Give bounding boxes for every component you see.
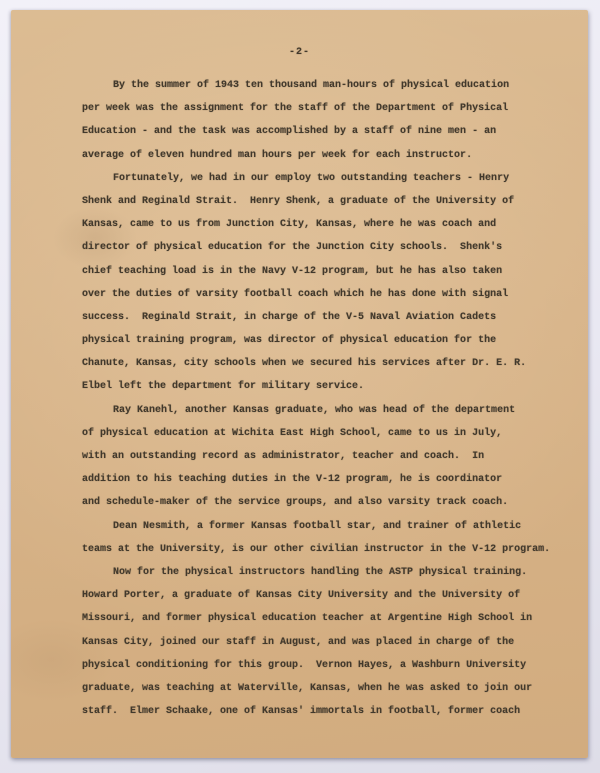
text-line: of physical education at Wichita East Hi… xyxy=(82,422,562,445)
document-body: By the summer of 1943 ten thousand man-h… xyxy=(82,74,562,723)
text-line: per week was the assignment for the staf… xyxy=(82,97,562,120)
text-line: with an outstanding record as administra… xyxy=(82,445,562,468)
text-line: Dean Nesmith, a former Kansas football s… xyxy=(82,515,562,538)
text-line: addition to his teaching duties in the V… xyxy=(82,468,562,491)
text-line: over the duties of varsity football coac… xyxy=(82,283,562,306)
text-line: success. Reginald Strait, in charge of t… xyxy=(82,306,562,329)
text-line: and schedule-maker of the service groups… xyxy=(82,491,562,514)
document-page: -2- By the summer of 1943 ten thousand m… xyxy=(11,10,588,758)
text-line: graduate, was teaching at Waterville, Ka… xyxy=(82,677,562,700)
text-line: teams at the University, is our other ci… xyxy=(82,538,562,561)
text-line: physical conditioning for this group. Ve… xyxy=(82,654,562,677)
scanner-background: -2- By the summer of 1943 ten thousand m… xyxy=(0,0,600,773)
text-line: Now for the physical instructors handlin… xyxy=(82,561,562,584)
text-line: Fortunately, we had in our employ two ou… xyxy=(82,167,562,190)
text-line: Shenk and Reginald Strait. Henry Shenk, … xyxy=(82,190,562,213)
text-line: staff. Elmer Schaake, one of Kansas' imm… xyxy=(82,700,562,723)
text-line: director of physical education for the J… xyxy=(82,236,562,259)
text-line: By the summer of 1943 ten thousand man-h… xyxy=(82,74,562,97)
text-line: Ray Kanehl, another Kansas graduate, who… xyxy=(82,399,562,422)
text-line: Missouri, and former physical education … xyxy=(82,607,562,630)
text-line: Howard Porter, a graduate of Kansas City… xyxy=(82,584,562,607)
text-line: Kansas City, joined our staff in August,… xyxy=(82,631,562,654)
text-line: Chanute, Kansas, city schools when we se… xyxy=(82,352,562,375)
text-line: Kansas, came to us from Junction City, K… xyxy=(82,213,562,236)
text-line: Education - and the task was accomplishe… xyxy=(82,120,562,143)
text-line: chief teaching load is in the Navy V-12 … xyxy=(82,260,562,283)
page-number: -2- xyxy=(11,47,588,58)
text-line: physical training program, was director … xyxy=(82,329,562,352)
text-line: Elbel left the department for military s… xyxy=(82,375,562,398)
text-line: average of eleven hundred man hours per … xyxy=(82,144,562,167)
